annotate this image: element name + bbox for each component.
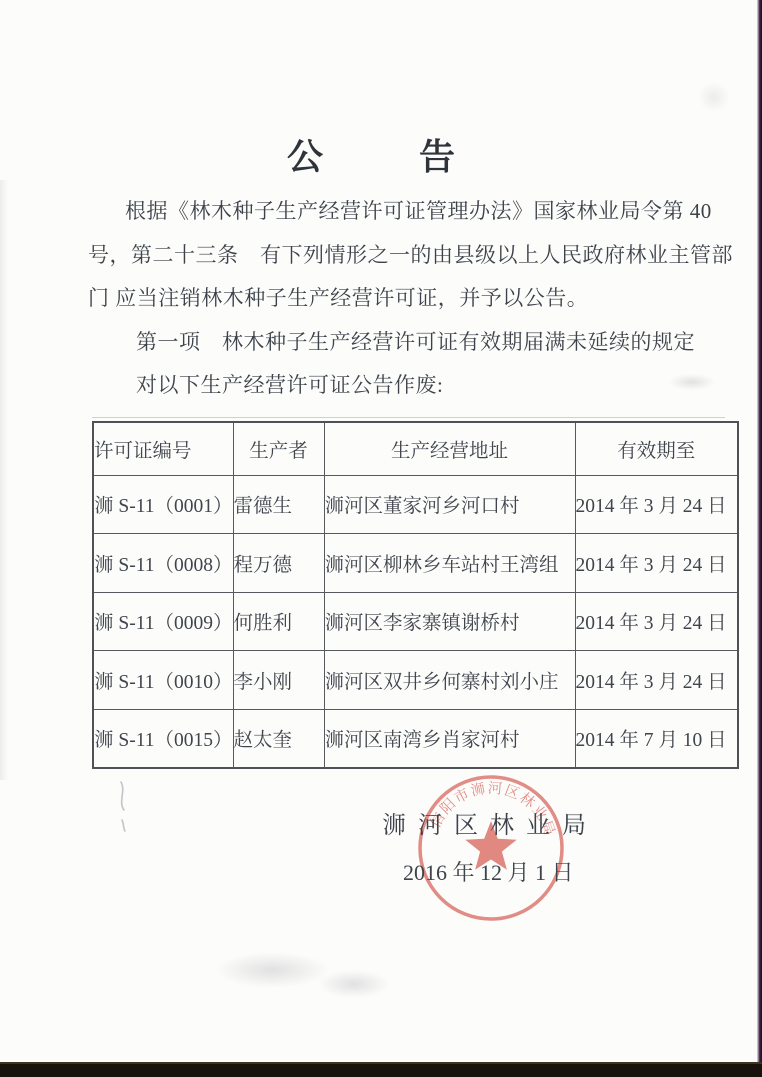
cell-expiry: 2014 年 3 月 24 日 [575, 475, 738, 534]
body-line: 对以下生产经营许可证公告作废: [88, 364, 716, 408]
announcement-body: 根据《林木种子生产经营许可证管理办法》国家林业局令第 40 号，第二十三条 有下… [88, 190, 716, 408]
col-header-license-number: 许可证编号 [93, 422, 233, 475]
cell-expiry: 2014 年 3 月 24 日 [575, 651, 738, 710]
cell-license-number: 浉 S-11（0010） [93, 651, 233, 710]
cell-producer: 程万德 [233, 534, 324, 593]
scan-smudge [318, 970, 390, 998]
scanned-announcement-page: 公 告 根据《林木种子生产经营许可证管理办法》国家林业局令第 40 号，第二十三… [0, 0, 762, 1077]
signature-date: 2016 年 12 月 1 日 [403, 856, 574, 887]
official-seal-stamp: 信阳市浉河区林业局 [413, 771, 569, 927]
cell-producer: 李小刚 [233, 651, 324, 710]
body-line: 号，第二十三条 有下列情形之一的由县级以上人民政府林业主管部 [88, 234, 716, 278]
cell-address: 浉河区李家寨镇谢桥村 [324, 592, 575, 651]
table-row: 浉 S-11（0008） 程万德 浉河区柳林乡车站村王湾组 2014 年 3 月… [93, 534, 738, 593]
scan-edge-right [757, 0, 762, 1077]
cell-address: 浉河区南湾乡肖家河村 [324, 709, 575, 768]
title-char-left: 公 [287, 129, 323, 180]
scan-smudge [668, 374, 716, 390]
cell-license-number: 浉 S-11（0009） [93, 592, 233, 651]
table-row: 浉 S-11（0001） 雷德生 浉河区董家河乡河口村 2014 年 3 月 2… [93, 475, 738, 534]
pen-mark-artifact [112, 778, 136, 836]
title-char-right: 告 [419, 129, 455, 180]
cell-producer: 雷德生 [233, 475, 324, 534]
cell-license-number: 浉 S-11（0015） [93, 709, 233, 768]
scan-smudge [215, 952, 330, 988]
col-header-producer: 生产者 [233, 422, 324, 475]
signature-organization: 浉 河 区 林 业 局 [382, 805, 589, 840]
col-header-address: 生产经营地址 [324, 422, 575, 475]
body-line: 第一项 林木种子生产经营许可证有效期届满未延续的规定 [88, 321, 716, 365]
cell-expiry: 2014 年 3 月 24 日 [575, 592, 738, 651]
table-header-row: 许可证编号 生产者 生产经营地址 有效期至 [93, 422, 738, 475]
cell-license-number: 浉 S-11（0008） [93, 534, 233, 593]
table-row: 浉 S-11（0009） 何胜利 浉河区李家寨镇谢桥村 2014 年 3 月 2… [93, 592, 738, 651]
page-title: 公 告 [287, 129, 455, 180]
body-line: 门 应当注销林木种子生产经营许可证，并予以公告。 [88, 277, 716, 321]
cell-license-number: 浉 S-11（0001） [93, 475, 233, 534]
cell-address: 浉河区董家河乡河口村 [324, 475, 575, 534]
cell-expiry: 2014 年 7 月 10 日 [575, 709, 738, 768]
body-line: 根据《林木种子生产经营许可证管理办法》国家林业局令第 40 [88, 190, 716, 234]
cell-address: 浉河区柳林乡车站村王湾组 [324, 534, 575, 593]
cell-producer: 何胜利 [233, 592, 324, 651]
scan-shading-left [0, 180, 8, 780]
cell-address: 浉河区双井乡何寨村刘小庄 [324, 651, 575, 710]
cell-producer: 赵太奎 [233, 709, 324, 768]
table-row: 浉 S-11（0015） 赵太奎 浉河区南湾乡肖家河村 2014 年 7 月 1… [93, 709, 738, 768]
scan-double-line-artifact [92, 417, 725, 418]
table-row: 浉 S-11（0010） 李小刚 浉河区双井乡何寨村刘小庄 2014 年 3 月… [93, 651, 738, 710]
cell-expiry: 2014 年 3 月 24 日 [575, 534, 738, 593]
scan-smudge [698, 82, 730, 112]
col-header-expiry: 有效期至 [575, 422, 738, 475]
scan-edge-bottom-bar [0, 1062, 762, 1077]
revoked-license-table: 许可证编号 生产者 生产经营地址 有效期至 浉 S-11（0001） 雷德生 浉… [92, 421, 739, 769]
